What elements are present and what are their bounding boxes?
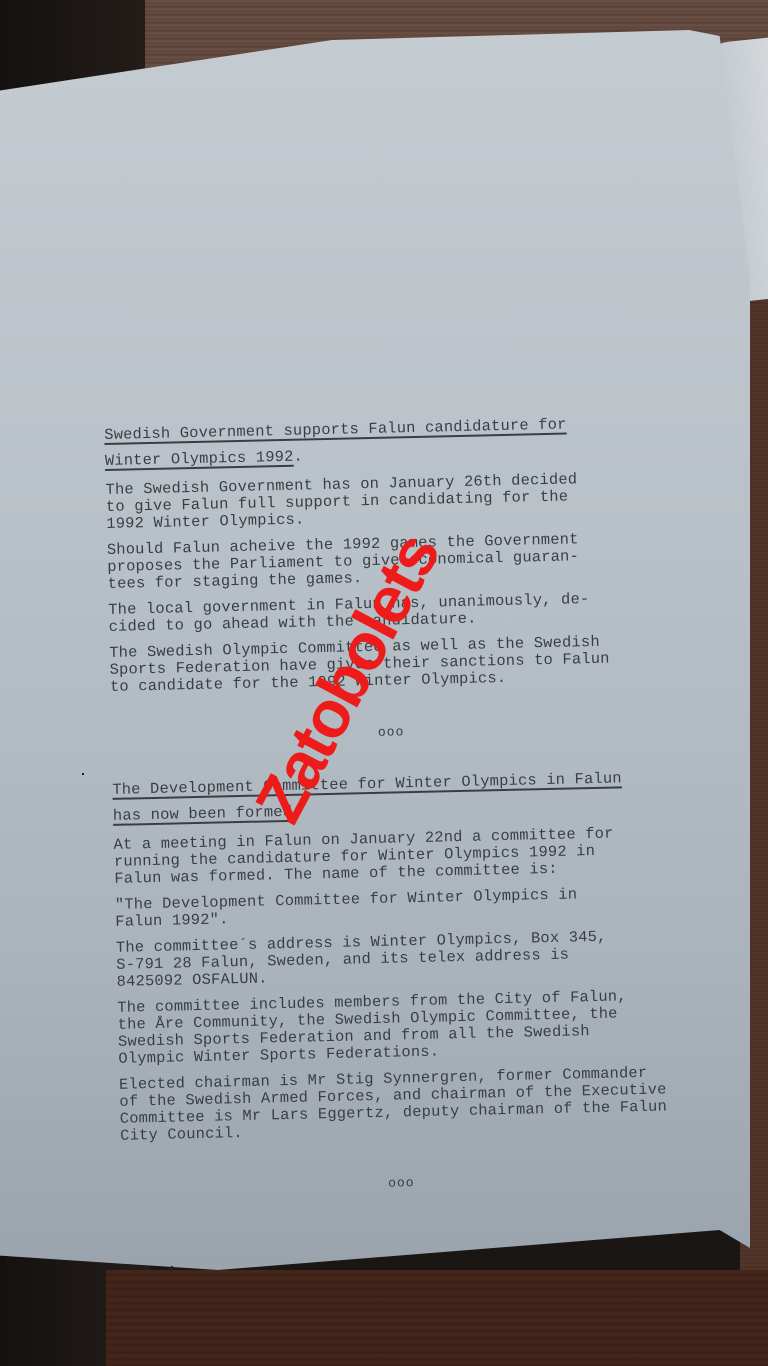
paragraph: The Swedish Government has on January 26…	[105, 469, 686, 533]
paragraph: The committee´s address is Winter Olympi…	[116, 927, 697, 991]
section-separator: ooo	[111, 717, 691, 747]
section1-heading-period: .	[293, 443, 303, 469]
paragraph: "The Development Committee for Winter Ol…	[115, 884, 696, 931]
wooden-table-bottom	[106, 1270, 768, 1366]
end-mark: ooo	[121, 1168, 701, 1198]
section-development-committee: The Development Committee for Winter Oly…	[112, 764, 700, 1145]
paragraph: At a meeting in Falun on January 22nd a …	[113, 824, 694, 888]
section1-heading-line2: Winter Olympics 1992	[105, 448, 294, 470]
section2-heading: The Development Committee for Winter Oly…	[112, 764, 693, 829]
section2-heading-line1: The Development Committee for Winter Oly…	[112, 769, 622, 799]
ink-speck	[82, 773, 84, 775]
section1-heading-line1: Swedish Government supports Falun candid…	[104, 416, 567, 444]
paragraph: The committee includes members from the …	[117, 987, 698, 1068]
paragraph: Elected chairman is Mr Stig Synnergren, …	[119, 1064, 700, 1145]
